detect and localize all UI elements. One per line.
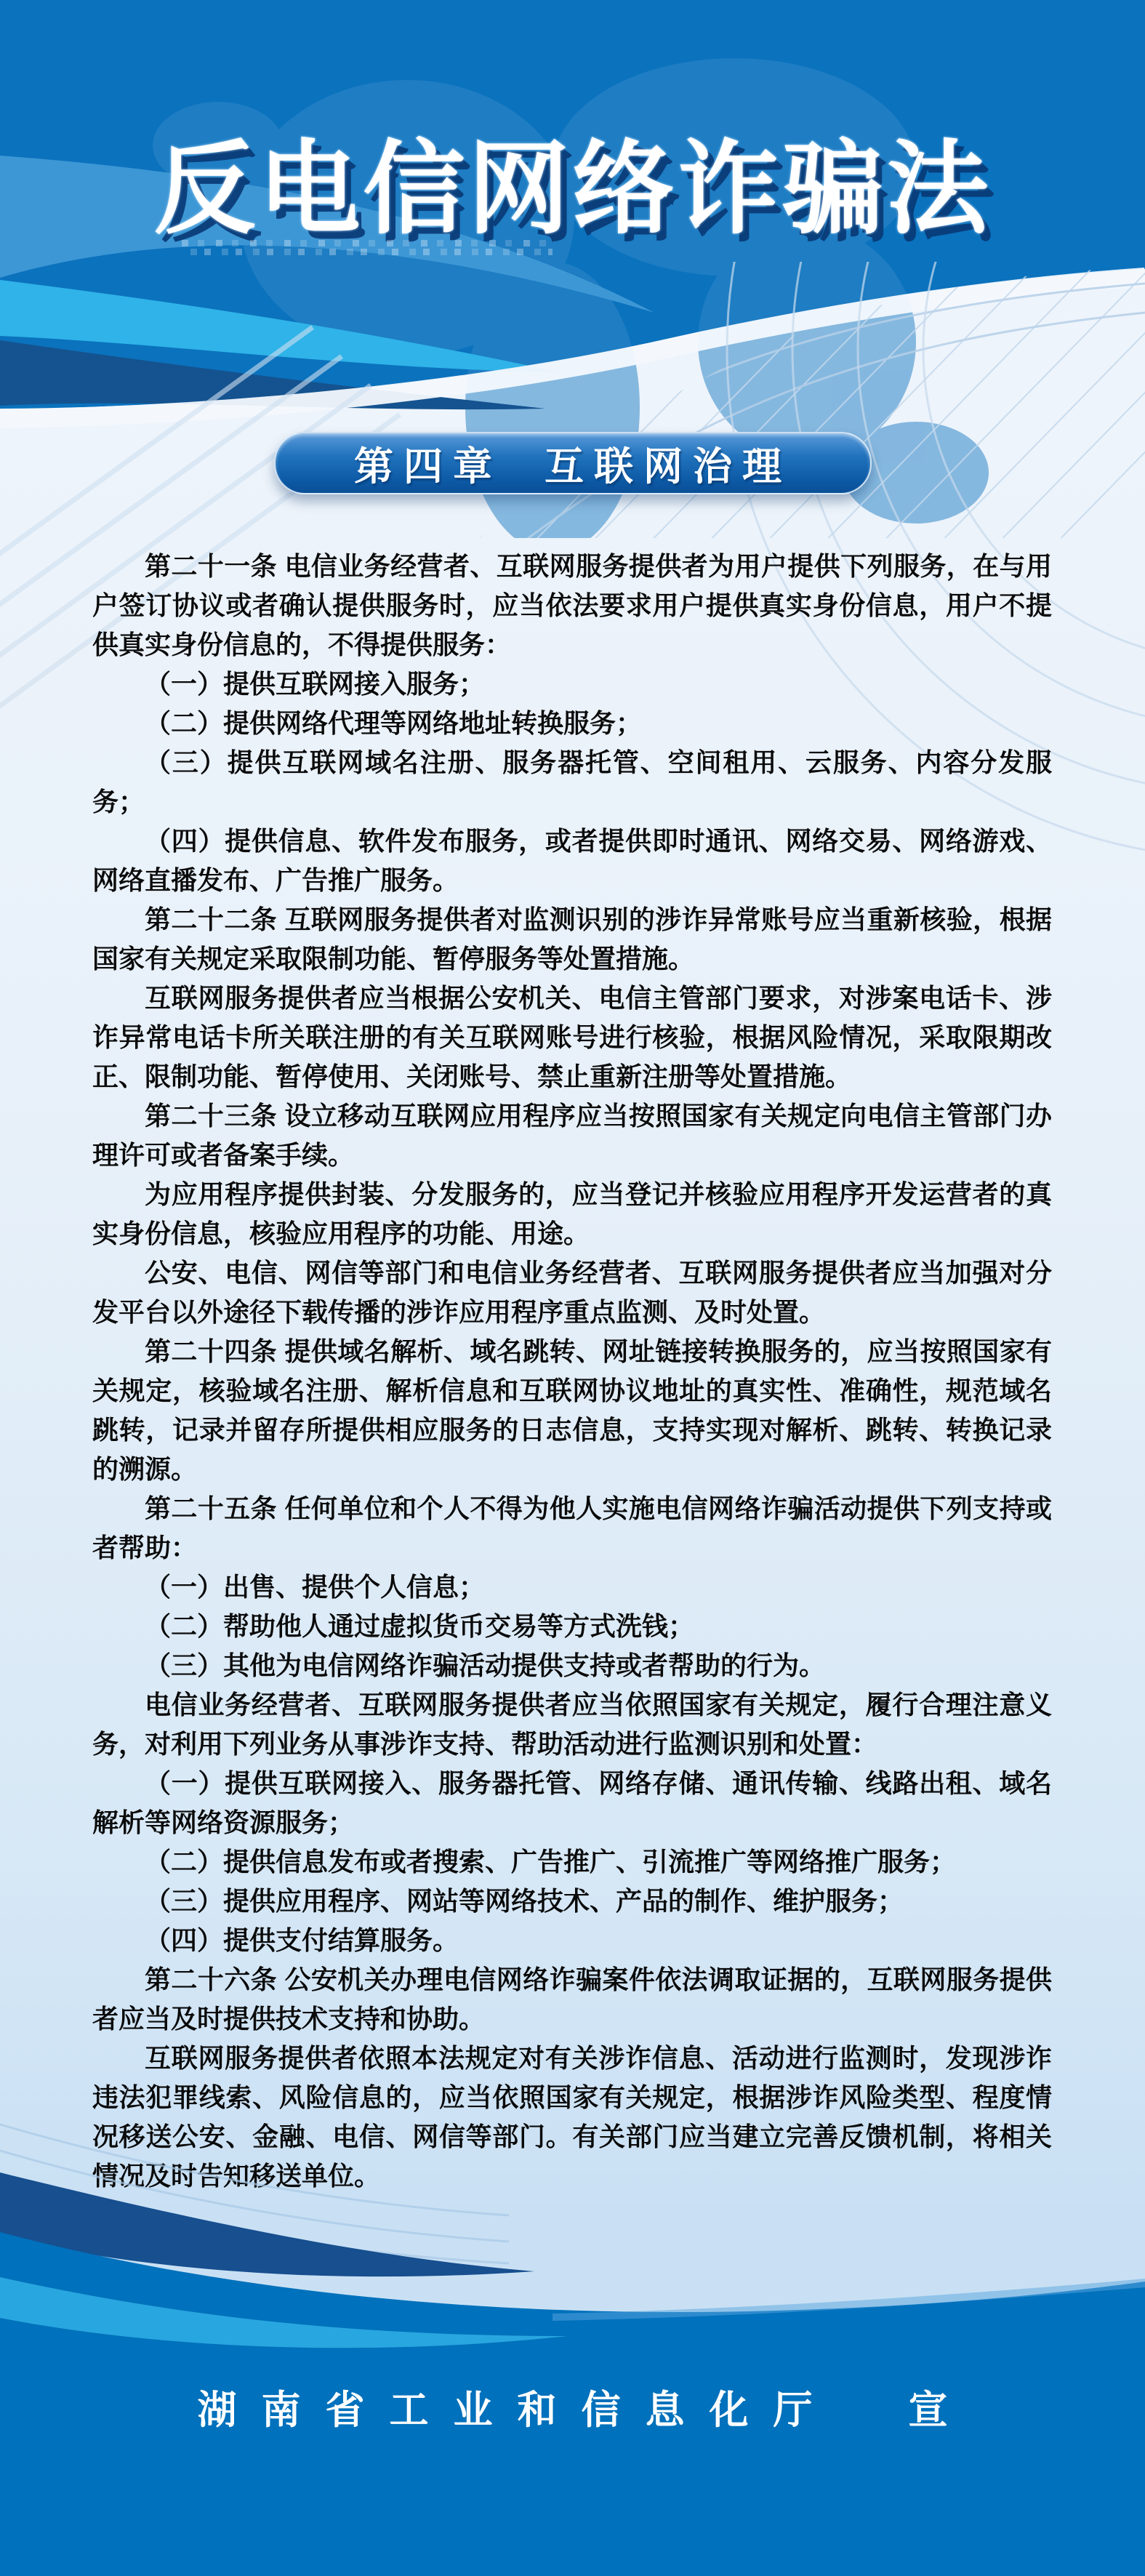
paragraph: （三）其他为电信网络诈骗活动提供支持或者帮助的行为。 (92, 1646, 1052, 1685)
paragraph: （四）提供支付结算服务。 (92, 1921, 1052, 1960)
paragraph: 第二十六条 公安机关办理电信网络诈骗案件依法调取证据的，互联网服务提供者应当及时… (92, 1960, 1052, 2039)
paragraph: （二）提供网络代理等网络地址转换服务； (92, 704, 1052, 743)
paragraph: （四）提供信息、软件发布服务，或者提供即时通讯、网络交易、网络游戏、网络直播发布… (92, 822, 1052, 900)
chapter-heading-label: 第四章 互联网治理 (354, 436, 792, 491)
paragraph: 第二十一条 电信业务经营者、互联网服务提供者为用户提供下列服务，在与用户签订协议… (92, 547, 1052, 665)
paragraph: 第二十五条 任何单位和个人不得为他人实施电信网络诈骗活动提供下列支持或者帮助： (92, 1489, 1052, 1568)
publisher-credit: 湖南省工业和信息化厅 宣 (0, 2379, 1145, 2435)
poster-title: 反电信网络诈骗法 (0, 108, 1145, 254)
paragraph: （二）帮助他人通过虚拟货币交易等方式洗钱； (92, 1607, 1052, 1646)
paragraph: （三）提供应用程序、网站等网络技术、产品的制作、维护服务； (92, 1882, 1052, 1921)
paragraph: 为应用程序提供封装、分发服务的，应当登记并核验应用程序开发运营者的真实身份信息，… (92, 1175, 1052, 1253)
paragraph: 公安、电信、网信等部门和电信业务经营者、互联网服务提供者应当加强对分发平台以外途… (92, 1253, 1052, 1332)
pixel-dots-row (190, 249, 553, 255)
law-body-text: 第二十一条 电信业务经营者、互联网服务提供者为用户提供下列服务，在与用户签订协议… (92, 547, 1052, 2196)
paragraph: （一）提供互联网接入、服务器托管、网络存储、通讯传输、线路出租、域名解析等网络资… (92, 1764, 1052, 1842)
paragraph: 第二十三条 设立移动互联网应用程序应当按照国家有关规定向电信主管部门办理许可或者… (92, 1096, 1052, 1175)
paragraph: 第二十四条 提供域名解析、域名跳转、网址链接转换服务的，应当按照国家有关规定，核… (92, 1332, 1052, 1489)
pixel-dots-row (182, 240, 553, 246)
chapter-pill: 第四章 互联网治理 (274, 432, 872, 494)
paragraph: 第二十二条 互联网服务提供者对监测识别的涉诈异常账号应当重新核验，根据国家有关规… (92, 900, 1052, 979)
paragraph: （一）出售、提供个人信息； (92, 1568, 1052, 1607)
pixel-dots-decoration (182, 240, 553, 256)
paragraph: （一）提供互联网接入服务； (92, 665, 1052, 704)
paragraph: （二）提供信息发布或者搜索、广告推广、引流推广等网络推广服务； (92, 1842, 1052, 1882)
paragraph: 互联网服务提供者应当根据公安机关、电信主管部门要求，对涉案电话卡、涉诈异常电话卡… (92, 979, 1052, 1096)
footer-wave-decoration (0, 2108, 1145, 2576)
paragraph: （三）提供互联网域名注册、服务器托管、空间租用、云服务、内容分发服务； (92, 743, 1052, 822)
poster-root: 反电信网络诈骗法 第四章 互联网治理 第二十一条 电信业务经营者、互联网服务提供… (0, 0, 1145, 2576)
paragraph: 电信业务经营者、互联网服务提供者应当依照国家有关规定，履行合理注意义务，对利用下… (92, 1685, 1052, 1764)
